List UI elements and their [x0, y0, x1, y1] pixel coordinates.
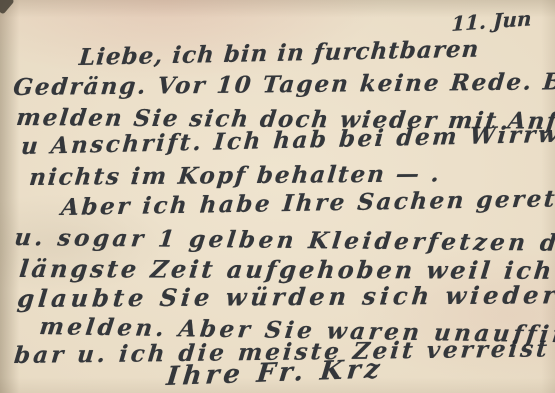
handwriting-line: nichts im Kopf behalten — . [28, 160, 442, 191]
handwriting-line: u. sogar 1 gelben Kleiderfetzen die [13, 224, 555, 257]
handwriting-line: glaubte Sie würden sich wieder [16, 280, 555, 313]
handwriting-line: Gedräng. Vor 10 Tagen keine Rede. Bitte [12, 68, 555, 101]
handwriting-line: Liebe, ich bin in furchtbaren [78, 36, 480, 71]
date-line: 11. Jun [451, 6, 532, 36]
signature-line: Ihre Fr. Krz [165, 354, 385, 392]
corner-stain [0, 0, 15, 15]
letter-page: 11. Jun Liebe, ich bin in furchtbaren Ge… [0, 0, 555, 393]
